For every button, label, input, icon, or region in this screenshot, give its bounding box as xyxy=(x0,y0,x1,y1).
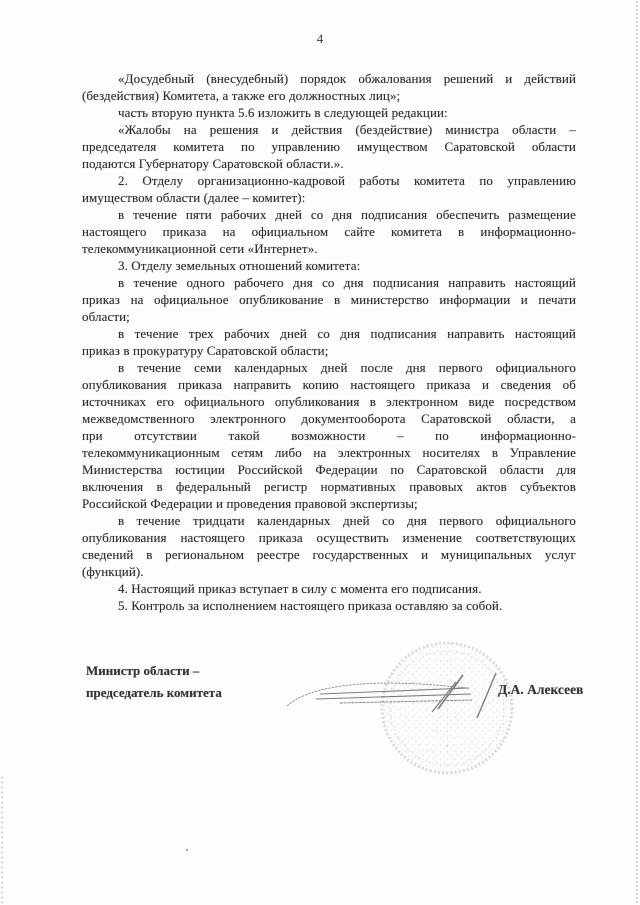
text-line: включения в федеральный регистр норматив… xyxy=(82,478,576,495)
text-line: в течение трех рабочих дней со дня подпи… xyxy=(82,325,576,342)
text-line: при отсутствии такой возможности – по ин… xyxy=(82,427,576,444)
text-line: (функций). xyxy=(82,563,576,580)
text-line: области; xyxy=(82,308,576,325)
text-line: настоящего приказа на официальном сайте … xyxy=(82,223,576,240)
text-line: подаются Губернатору Саратовской области… xyxy=(82,155,576,172)
text-line: 3. Отделу земельных отношений комитета: xyxy=(82,257,576,274)
text-line: телекоммуникационной сети «Интернет». xyxy=(82,240,576,257)
scan-noise-speck xyxy=(186,849,188,851)
document-body: «Досудебный (внесудебный) порядок обжало… xyxy=(82,70,576,614)
text-line: источниках его официального опубликовани… xyxy=(82,393,576,410)
text-line: в течение семи календарных дней после дн… xyxy=(82,359,576,376)
text-line: часть вторую пункта 5.6 изложить в следу… xyxy=(82,104,576,121)
text-line: приказ на официальное опубликование в ми… xyxy=(82,291,576,308)
text-line: Российской Федерации и проведения правов… xyxy=(82,495,576,512)
text-line: в течение пяти рабочих дней со дня подпи… xyxy=(82,206,576,223)
text-line: (бездействия) Комитета, а также его долж… xyxy=(82,87,576,104)
signature-title: Министр области – председатель комитета xyxy=(86,660,222,704)
seal-icon xyxy=(382,643,512,773)
text-line: 2. Отделу организационно-кадровой работы… xyxy=(82,172,576,189)
signatory-name: Д.А. Алексеев xyxy=(498,682,583,698)
scan-artifact-left-edge xyxy=(0,775,4,905)
text-line: Министерства юстиции Российской Федераци… xyxy=(82,461,576,478)
text-line: приказ в прокуратуру Саратовской области… xyxy=(82,342,576,359)
text-line: телекоммуникационным сетям либо на элект… xyxy=(82,444,576,461)
text-line: имуществом области (далее – комитет): xyxy=(82,189,576,206)
signature-title-line1: Министр области – xyxy=(86,660,222,682)
text-line: «Жалобы на решения и действия (бездейств… xyxy=(82,121,576,138)
text-line: «Досудебный (внесудебный) порядок обжало… xyxy=(82,70,576,87)
text-line: председателя комитета по управлению имущ… xyxy=(82,138,576,155)
scanned-document-page: { "page": { "number": "4" }, "colors": {… xyxy=(0,0,640,905)
text-line: 4. Настоящий приказ вступает в силу с мо… xyxy=(82,580,576,597)
page-number: 4 xyxy=(0,31,640,47)
signature-title-line2: председатель комитета xyxy=(86,682,222,704)
text-line: межведомственного электронного документо… xyxy=(82,410,576,427)
text-line: опубликования настоящего приказа осущест… xyxy=(82,529,576,546)
text-line: сведений в региональном реестре государс… xyxy=(82,546,576,563)
signature-stroke xyxy=(287,673,496,718)
scan-artifact-right-edge xyxy=(635,0,640,905)
text-line: 5. Контроль за исполнением настоящего пр… xyxy=(82,597,576,614)
text-line: в течение одного рабочего дня со дня под… xyxy=(82,274,576,291)
text-line: опубликования приказа направить копию на… xyxy=(82,376,576,393)
official-seal-and-signature xyxy=(250,638,590,793)
text-line: в течение тридцати календарных дней со д… xyxy=(82,512,576,529)
